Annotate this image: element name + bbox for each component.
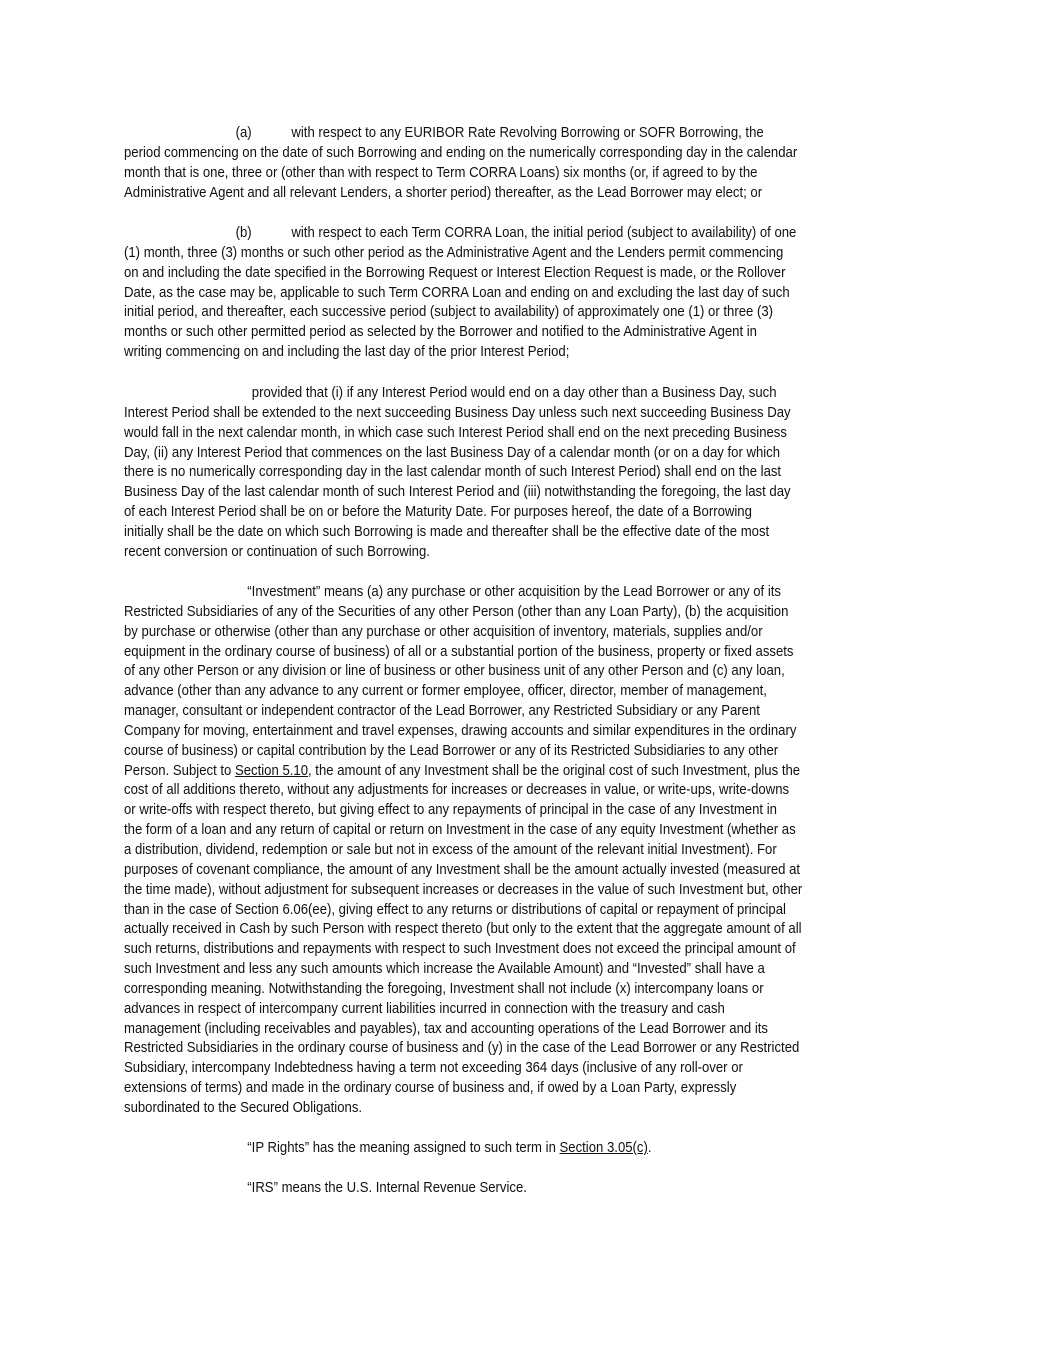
text-line: corresponding meaning. Notwithstanding t… <box>124 980 853 1000</box>
clause-b: (b)with respect to each Term CORRA Loan,… <box>124 224 934 363</box>
text-line: actually received in Cash by such Person… <box>124 920 853 940</box>
text-line: Interest Period shall be extended to the… <box>124 404 853 424</box>
text-span: . <box>648 1140 652 1156</box>
text-line: Person. Subject to Section 5.10, the amo… <box>124 762 853 782</box>
text-line: months or such other permitted period as… <box>124 323 853 343</box>
text-line: initial period, and thereafter, each suc… <box>124 303 853 323</box>
text-line: cost of all additions thereto, without a… <box>124 781 853 801</box>
text-span: with respect to any EURIBOR Rate Revolvi… <box>291 125 763 141</box>
text-line: such Investment and less any such amount… <box>124 960 853 980</box>
text-line: would fall in the next calendar month, i… <box>124 424 853 444</box>
text-line: recent conversion or continuation of suc… <box>124 543 853 563</box>
text-line: of any other Person or any division or l… <box>124 662 853 682</box>
text-line: equipment in the ordinary course of busi… <box>124 643 853 663</box>
clause-label: (a) <box>236 124 292 144</box>
text-line: Day, (ii) any Interest Period that comme… <box>124 444 853 464</box>
text-line: period commencing on the date of such Bo… <box>124 144 853 164</box>
text-line: Date, as the case may be, applicable to … <box>124 284 853 304</box>
text-line: month that is one, three or (other than … <box>124 164 853 184</box>
document-page: (a)with respect to any EURIBOR Rate Revo… <box>0 0 1055 1365</box>
text-line: initially shall be the date on which suc… <box>124 523 853 543</box>
text-line: advances in respect of intercompany curr… <box>124 1000 853 1020</box>
text-line: extensions of terms) and made in the ord… <box>124 1079 853 1099</box>
text-line: (a)with respect to any EURIBOR Rate Revo… <box>124 124 853 144</box>
text-line: such returns, distributions and repaymen… <box>124 940 853 960</box>
text-line: Administrative Agent and all relevant Le… <box>124 184 853 204</box>
text-span: “Investment” means (a) any purchase or o… <box>247 584 781 600</box>
proviso-paragraph: provided that (i) if any Interest Period… <box>124 384 934 563</box>
text-line: purposes of covenant compliance, the amo… <box>124 861 853 881</box>
text-line: “IRS” means the U.S. Internal Revenue Se… <box>124 1179 853 1199</box>
text-line: the form of a loan and any return of cap… <box>124 821 853 841</box>
text-line: there is no numerically corresponding da… <box>124 463 853 483</box>
text-line: than in the case of Section 6.06(ee), gi… <box>124 901 853 921</box>
text-line: “Investment” means (a) any purchase or o… <box>124 583 853 603</box>
text-line: Restricted Subsidiaries in the ordinary … <box>124 1039 853 1059</box>
text-line: of each Interest Period shall be on or b… <box>124 503 853 523</box>
text-line: course of business) or capital contribut… <box>124 742 853 762</box>
text-span: with respect to each Term CORRA Loan, th… <box>291 225 796 241</box>
text-line: Business Day of the last calendar month … <box>124 483 853 503</box>
investment-definition: “Investment” means (a) any purchase or o… <box>124 583 934 1119</box>
text-line: (1) month, three (3) months or such othe… <box>124 244 853 264</box>
text-line: Company for moving, entertainment and tr… <box>124 722 853 742</box>
text-line: by purchase or otherwise (other than any… <box>124 623 853 643</box>
ip-rights-definition: “IP Rights” has the meaning assigned to … <box>124 1139 934 1159</box>
text-line: subordinated to the Secured Obligations. <box>124 1099 853 1119</box>
text-line: a distribution, dividend, redemption or … <box>124 841 853 861</box>
text-span: , the amount of any Investment shall be … <box>308 763 800 779</box>
text-span: Person. Subject to <box>124 763 235 779</box>
text-line: advance (other than any advance to any c… <box>124 682 853 702</box>
text-line: Subsidiary, intercompany Indebtedness ha… <box>124 1059 853 1079</box>
text-line: or write-offs with respect thereto, but … <box>124 801 853 821</box>
section-5-10-link[interactable]: Section 5.10 <box>235 763 308 779</box>
text-line: “IP Rights” has the meaning assigned to … <box>124 1139 853 1159</box>
text-line: Restricted Subsidiaries of any of the Se… <box>124 603 853 623</box>
text-span: provided that (i) if any Interest Period… <box>252 385 777 401</box>
text-line: the time made), without adjustment for s… <box>124 881 853 901</box>
text-line: manager, consultant or independent contr… <box>124 702 853 722</box>
text-line: management (including receivables and pa… <box>124 1020 853 1040</box>
text-line: (b)with respect to each Term CORRA Loan,… <box>124 224 853 244</box>
clause-a: (a)with respect to any EURIBOR Rate Revo… <box>124 124 934 203</box>
text-span: “IRS” means the U.S. Internal Revenue Se… <box>247 1180 527 1196</box>
clause-label: (b) <box>236 224 292 244</box>
text-span: “IP Rights” has the meaning assigned to … <box>247 1140 559 1156</box>
irs-definition: “IRS” means the U.S. Internal Revenue Se… <box>124 1179 934 1199</box>
text-line: provided that (i) if any Interest Period… <box>124 384 853 404</box>
text-line: on and including the date specified in t… <box>124 264 853 284</box>
section-3-05c-link[interactable]: Section 3.05(c) <box>560 1140 648 1156</box>
text-line: writing commencing on and including the … <box>124 343 853 363</box>
